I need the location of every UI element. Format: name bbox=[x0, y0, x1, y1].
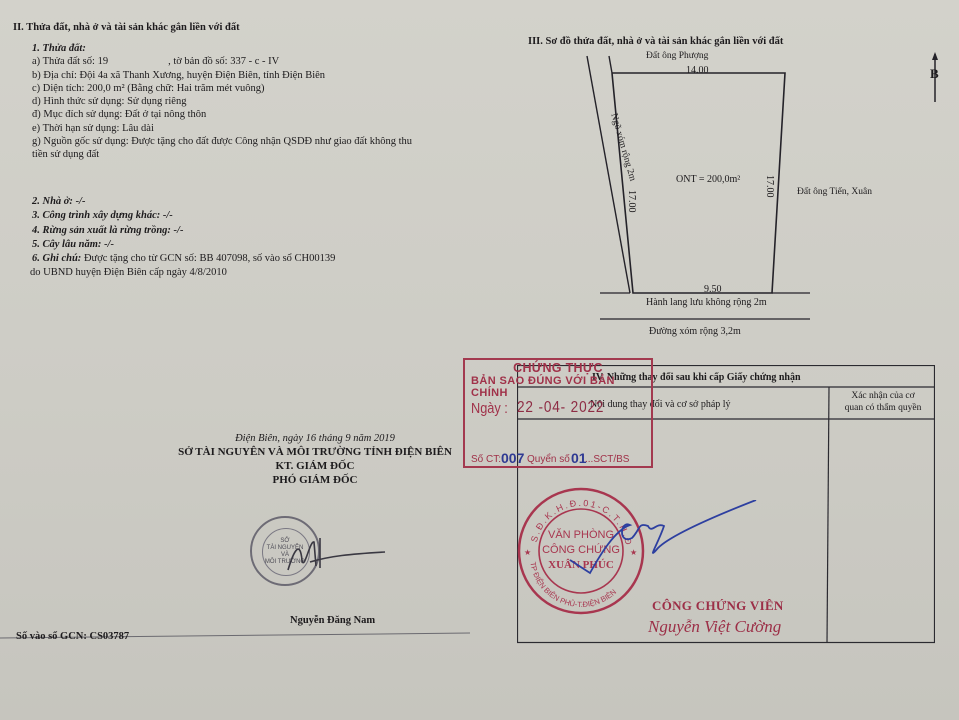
signature-scribble-icon bbox=[280, 530, 390, 580]
note-heading: 3. Công trình xây dựng khác: bbox=[32, 210, 160, 221]
north-label: B bbox=[930, 66, 939, 82]
section-3-title: III. Sơ đồ thửa đất, nhà ở và tài sản kh… bbox=[528, 36, 783, 47]
note-value: -/- bbox=[76, 196, 86, 207]
note-continuation: do UBND huyện Điện Biên cấp ngày 4/8/201… bbox=[30, 266, 335, 280]
stamp-book-label: Quyển số bbox=[527, 454, 570, 465]
land-item: d) Hình thức sử dụng: Sử dụng riêng bbox=[32, 95, 412, 108]
table-header-authority: Xác nhận của cơ quan có thẩm quyền bbox=[832, 391, 934, 414]
map-sheet-number: , tờ bản đồ số: 337 - c - IV bbox=[168, 56, 279, 67]
note-heading: 2. Nhà ở: bbox=[32, 196, 73, 207]
land-info-list: 1. Thửa đất: a) Thửa đất số: 19, tờ bản … bbox=[32, 42, 412, 162]
authority-line-2: quan có thẩm quyền bbox=[832, 403, 934, 415]
notary-signature-icon bbox=[560, 500, 760, 580]
note-item: 3. Công trình xây dựng khác: -/- bbox=[32, 209, 335, 223]
notary-name: Nguyễn Việt Cường bbox=[648, 617, 781, 637]
stamp-title: CHỨNG THỰC bbox=[465, 361, 651, 375]
stamp-date-value: 22 -04- 2022 bbox=[517, 399, 604, 417]
section-2-title: II. Thửa đất, nhà ở và tài sản khác gắn … bbox=[13, 22, 240, 33]
stamp-ct-value: 007 bbox=[501, 450, 524, 466]
land-item: tiền sử dụng đất bbox=[32, 148, 412, 161]
certification-stamp: CHỨNG THỰC BẢN SAO ĐÚNG VỚI BẢN CHÍNH Ng… bbox=[463, 358, 653, 468]
land-item: c) Diện tích: 200,0 m² (Bằng chữ: Hai tr… bbox=[32, 82, 412, 95]
note-heading: 5. Cây lâu năm: bbox=[32, 239, 101, 250]
north-arrow-icon: B bbox=[927, 52, 943, 104]
note-value: -/- bbox=[104, 239, 114, 250]
note-heading: 4. Rừng sản xuất là rừng trồng: bbox=[32, 225, 171, 236]
road-label: Đường xóm rộng 3,2m bbox=[649, 325, 741, 339]
parcel-number: a) Thửa đất số: 19 bbox=[32, 56, 108, 67]
stamp-subtitle: BẢN SAO ĐÚNG VỚI BẢN CHÍNH bbox=[471, 375, 651, 399]
top-length-label: 14.00 bbox=[686, 64, 709, 78]
left-length-label: 17.00 bbox=[625, 190, 639, 213]
note-item: 2. Nhà ở: -/- bbox=[32, 195, 335, 209]
note-value: Được tặng cho từ GCN số: BB 407098, số v… bbox=[84, 253, 335, 264]
note-value: -/- bbox=[163, 210, 173, 221]
note-item: 6. Ghi chú: Được tặng cho từ GCN số: BB … bbox=[32, 252, 335, 266]
note-value: -/- bbox=[174, 225, 184, 236]
signer-role-2: PHÓ GIÁM ĐỐC bbox=[160, 474, 470, 486]
signer-role-1: KT. GIÁM ĐỐC bbox=[160, 460, 470, 472]
note-item: 5. Cây lâu năm: -/- bbox=[32, 238, 335, 252]
register-number: Số vào sổ GCN: CS03787 bbox=[16, 631, 129, 642]
stamp-ct-label: Số CT: bbox=[471, 454, 501, 465]
land-item: b) Địa chỉ: Đội 4a xã Thanh Xương, huyện… bbox=[32, 69, 412, 82]
land-heading: 1. Thửa đất: bbox=[32, 42, 412, 55]
issue-date: Điện Biên, ngày 16 tháng 9 năm 2019 bbox=[160, 433, 470, 444]
right-neighbor-label: Đất ông Tiến, Xuân bbox=[797, 186, 872, 200]
bottom-length-label: 9.50 bbox=[704, 283, 722, 297]
stamp-suffix: ...SCT/BS bbox=[585, 454, 629, 465]
issuing-department: SỞ TÀI NGUYÊN VÀ MÔI TRƯỜNG TỈNH ĐIỆN BI… bbox=[160, 446, 470, 458]
notes-list: 2. Nhà ở: -/- 3. Công trình xây dựng khá… bbox=[32, 195, 335, 281]
corridor-label: Hành lang lưu không rộng 2m bbox=[646, 296, 767, 310]
right-length-label: 17.00 bbox=[763, 175, 777, 198]
issuer-signer-name: Nguyễn Đăng Nam bbox=[290, 615, 375, 626]
stamp-date-label: Ngày : bbox=[471, 400, 508, 417]
land-item: a) Thửa đất số: 19, tờ bản đồ số: 337 - … bbox=[32, 55, 412, 68]
notary-title: CÔNG CHỨNG VIÊN bbox=[652, 598, 784, 614]
note-item: 4. Rừng sản xuất là rừng trồng: -/- bbox=[32, 224, 335, 238]
land-item: đ) Mục đích sử dụng: Đất ở tại nông thôn bbox=[32, 108, 412, 121]
authority-line-1: Xác nhận của cơ bbox=[832, 391, 934, 403]
land-item: e) Thời hạn sử dụng: Lâu dài bbox=[32, 122, 412, 135]
area-label: ONT = 200,0m² bbox=[676, 173, 740, 187]
svg-text:★: ★ bbox=[524, 548, 531, 557]
land-item: g) Nguồn gốc sử dụng: Được tặng cho đất … bbox=[32, 135, 412, 148]
top-neighbor-label: Đất ông Phượng bbox=[646, 50, 708, 64]
issuer-signature-block: Điện Biên, ngày 16 tháng 9 năm 2019 SỞ T… bbox=[160, 433, 470, 486]
note-heading: 6. Ghi chú: bbox=[32, 253, 81, 264]
